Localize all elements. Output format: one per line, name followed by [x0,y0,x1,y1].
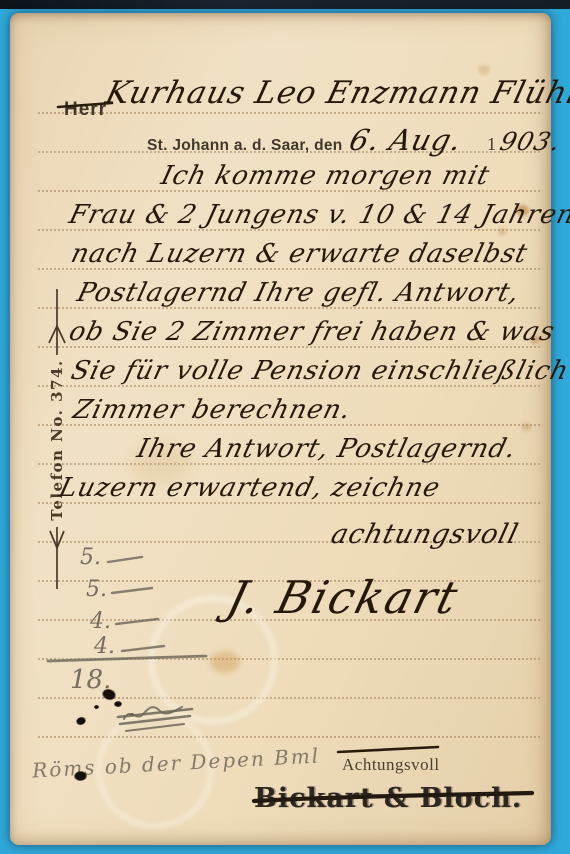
handwritten-date: 6. Aug. [346,123,466,157]
postcard-scan: Herr St. Johann a. d. Saar, den 1 Telefo… [0,0,570,854]
message-line: Ihre Antwort, Postlagernd. [134,434,520,464]
ink-blot [75,716,87,726]
message-line: Luzern erwartend, zeichne [56,473,444,503]
pencil-number: 4. [94,634,115,659]
postcard: Herr St. Johann a. d. Saar, den 1 Telefo… [10,13,551,845]
printed-year-prefix: 1 [487,134,496,155]
ink-blot [130,713,134,716]
message-line: Zimmer berechnen. [70,395,355,425]
message-line: Frau & 2 Jungens v. 10 & 14 Jahren [66,200,570,230]
ink-blot [114,701,122,707]
handwritten-year-suffix: 903. [497,127,564,156]
message-line: Ich komme morgen mit [158,161,493,191]
ink-blot [101,687,118,702]
message-line: nach Luzern & erwarte daselbst [68,239,531,269]
rust-stain [478,65,490,75]
signature: J. Bickart [222,571,465,624]
pencil-number: 5. [80,545,101,570]
message-line: Sie für volle Pension einschließlich [68,356,570,386]
pencil-number: 5. [86,577,107,602]
handwritten-addressee: Kurhaus Leo Enzmann Flühli [102,75,570,111]
printed-salutation: Herr [64,99,107,121]
scan-edge-strip [0,0,570,9]
printed-closing: Achtungsvoll [342,755,440,775]
ink-blot [94,705,99,709]
handwritten-closing: achtungsvoll [328,519,522,550]
rust-stain [522,423,531,431]
message-line: Postlagernd Ihre gefl. Antwort, [74,278,523,308]
printed-dateline: St. Johann a. d. Saar, den [147,137,343,155]
dotted-rule [38,112,540,114]
message-line: ob Sie 2 Zimmer frei haben & was [66,317,558,347]
pencil-number: 4. [90,609,111,634]
printed-company-name: Bickart & Bloch. [254,783,522,814]
achtungsvoll-strikethrough [338,747,438,752]
ink-blot [74,771,87,781]
